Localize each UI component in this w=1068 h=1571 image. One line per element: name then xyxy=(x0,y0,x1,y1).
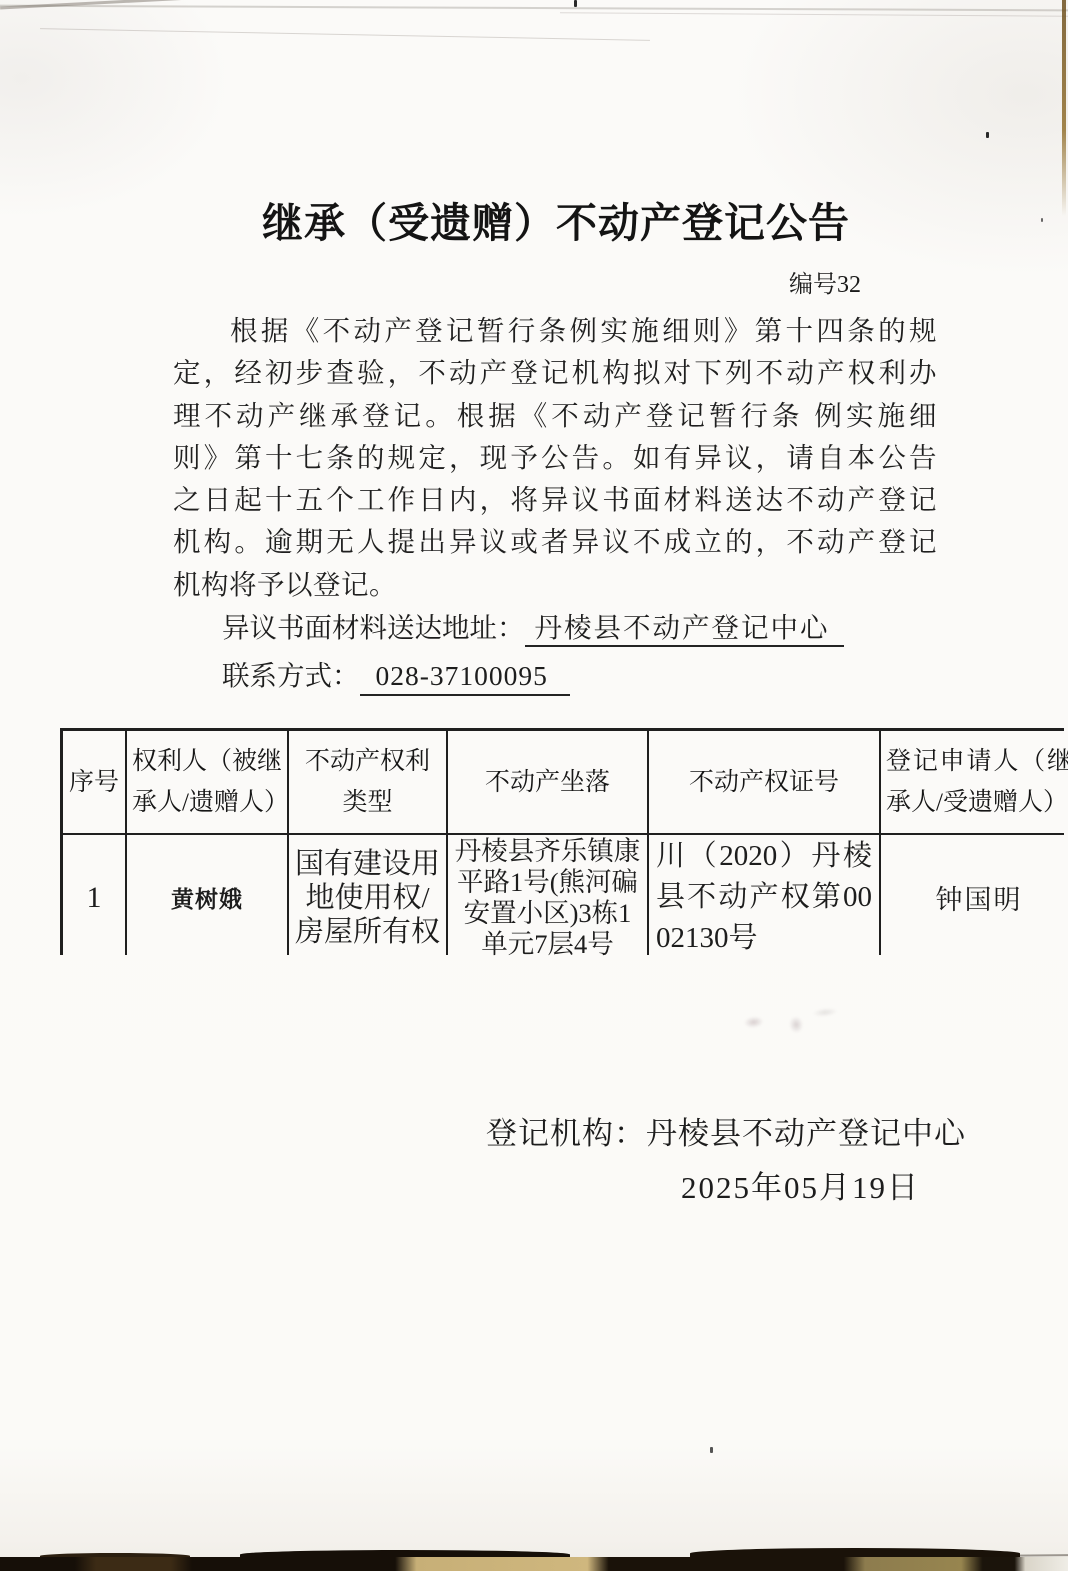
notice-date: 2025年05月19日 xyxy=(681,1162,920,1207)
table-header-seq: 序号 xyxy=(63,731,125,833)
scan-speck xyxy=(710,1447,713,1453)
body-line: 之日起十五个工作日内，将异议书面材料送达不动产登记 xyxy=(173,479,937,521)
desk-edge-band xyxy=(0,1557,1068,1571)
contact-label: 联系方式： xyxy=(222,660,360,691)
scan-speck xyxy=(986,132,989,138)
table-row-cert-no: 川（2020）丹棱县不动产权第0002130号 xyxy=(649,835,879,960)
table-row-applicant: 钟国明 xyxy=(881,835,1068,960)
doc-number: 编号32 xyxy=(789,264,861,299)
registry-authority-line: 登记机构：丹棱县不动产登记中心 xyxy=(486,1108,966,1153)
table-row-holder: 黄树娥 xyxy=(127,835,287,960)
notice-body: 根据《不动产登记暂行条例实施细则》第十四条的规 定，经初步查验，不动产登记机构拟… xyxy=(173,310,937,606)
body-line: 则》第十七条的规定，现予公告。如有异议，请自本公告 xyxy=(173,437,937,479)
page-title: 继承（受遗赠）不动产登记公告 xyxy=(22,190,1068,249)
table-row-seq: 1 xyxy=(63,835,125,960)
body-line: 定，经初步查验，不动产登记机构拟对下列不动产权利办 xyxy=(173,352,937,394)
scan-pencil-line xyxy=(560,12,1068,17)
scan-pencil-line xyxy=(0,0,210,9)
scan-speck xyxy=(574,0,577,7)
scanned-notice-page: 继承（受遗赠）不动产登记公告 编号32 根据《不动产登记暂行条例实施细则》第十四… xyxy=(0,0,1068,1571)
table-header-cert-no: 不动产权证号 xyxy=(649,731,879,833)
table-row-location: 丹棱县齐乐镇康平路1号(熊河碥安置小区)3栋1单元7层4号 xyxy=(448,835,647,960)
body-line: 理不动产继承登记。根据《不动产登记暂行条 例实施细 xyxy=(173,395,937,437)
table-header-right-type: 不动产权利类型 xyxy=(289,731,446,833)
registration-table: 序号 权利人（被继承人/遗赠人） 不动产权利类型 不动产坐落 不动产权证号 登记… xyxy=(60,728,1064,955)
contact-line: 联系方式：028-37100095 xyxy=(222,656,570,696)
scan-smudge xyxy=(728,994,852,1052)
table-row-right-type: 国有建设用地使用权/房屋所有权 xyxy=(289,835,446,960)
scan-pencil-line xyxy=(0,5,1068,12)
body-line: 机构将予以登记。 xyxy=(173,564,937,606)
table-header-location: 不动产坐落 xyxy=(448,731,647,833)
scan-pencil-line xyxy=(40,28,650,41)
contact-phone-value: 028-37100095 xyxy=(360,660,570,696)
table-header-holder: 权利人（被继承人/遗赠人） xyxy=(127,731,287,833)
objection-address-line: 异议书面材料送达地址：丹棱县不动产登记中心 xyxy=(222,608,844,648)
table-header-applicant: 登记申请人（继承人/受遗赠人） xyxy=(881,731,1068,833)
objection-address-label: 异议书面材料送达地址： xyxy=(222,612,525,643)
body-line: 机构。逾期无人提出异议或者异议不成立的，不动产登记 xyxy=(173,521,937,563)
scan-edge-mark xyxy=(1062,0,1066,216)
objection-address-value: 丹棱县不动产登记中心 xyxy=(525,612,844,647)
body-line: 根据《不动产登记暂行条例实施细则》第十四条的规 xyxy=(173,310,937,352)
